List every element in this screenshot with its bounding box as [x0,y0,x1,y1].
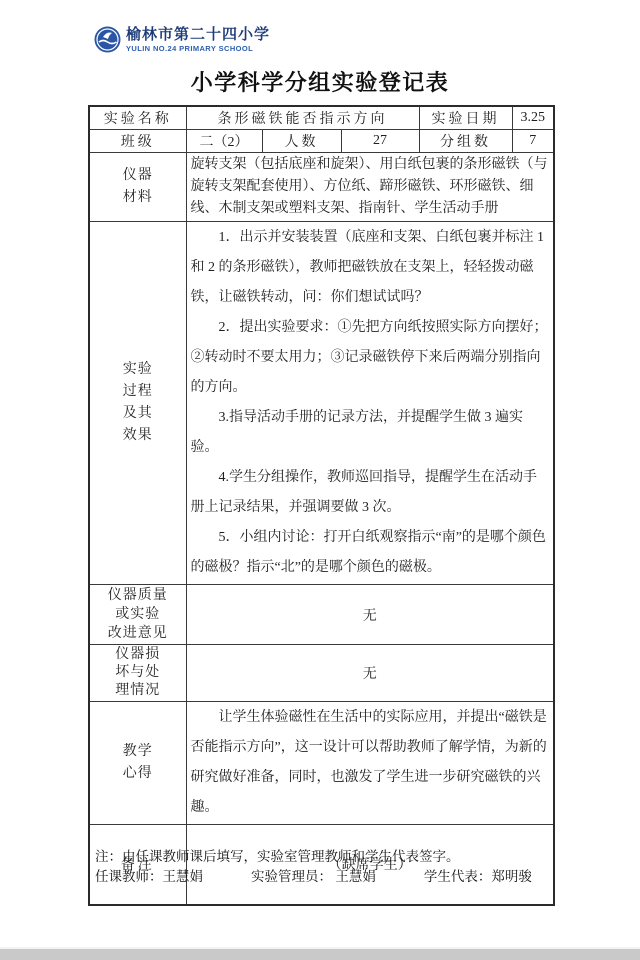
class-value: 二（2） [186,130,262,153]
process-step-3: 3.指导活动手册的记录方法，并提醒学生做 3 遍实验。 [191,403,550,463]
lab-manager-signature: 实验管理员： 王慧娟 [251,868,376,886]
row-experiment-name: 实验名称 条形磁铁能否指示方向 实验日期 3.25 [89,106,554,130]
school-name-english: YULIN NO.24 PRIMARY SCHOOL [126,45,270,53]
teacher-name: 王慧娟 [163,869,204,884]
signature-line: 任课教师：王慧娟 实验管理员： 王慧娟 学生代表：郑明骏 [95,868,532,886]
row-damage-handling: 仪器损 坏与处 理情况 无 [89,645,554,702]
process-step-1: 1．出示并安装装置（底座和支架、白纸包裹并标注 1 和 2 的条形磁铁），教师把… [191,223,550,313]
process-step-2: 2．提出实验要求：①先把方向纸按照实际方向摆好；②转动时不要太用力；③记录磁铁停… [191,313,550,403]
damage-handling-value: 无 [186,645,554,702]
school-logo-icon [94,26,121,53]
footer-note: 注：由任课教师课后填写，实验室管理教师和学生代表签字。 [95,848,532,866]
quality-suggestion-value: 无 [186,585,554,645]
manager-name: 王慧娟 [335,869,376,884]
experiment-date-label: 实验日期 [419,106,512,130]
document-page: 榆林市第二十四小学 YULIN NO.24 PRIMARY SCHOOL 小学科… [0,0,640,960]
process-value: 1．出示并安装装置（底座和支架、白纸包裹并标注 1 和 2 的条形磁铁），教师把… [186,222,554,585]
process-step-5: 5．小组内讨论：打开白纸观察指示“南”的是哪个颜色的磁极？指示“北”的是哪个颜色… [191,523,550,583]
school-name: 榆林市第二十四小学 [126,27,270,42]
quality-suggestion-label: 仪器质量 或实验 改进意见 [89,585,186,645]
experiment-registration-table: 实验名称 条形磁铁能否指示方向 实验日期 3.25 班级 二（2） 人数 27 … [88,105,555,906]
footer-notes: 注：由任课教师课后填写，实验室管理教师和学生代表签字。 任课教师：王慧娟 实验管… [95,848,532,886]
row-equipment: 仪器 材料 旋转支架（包括底座和旋架）、用白纸包裹的条形磁铁（与旋转支架配套使用… [89,153,554,222]
experiment-name-value: 条形磁铁能否指示方向 [186,106,419,130]
teaching-reflection-value: 让学生体验磁性在生活中的实际应用，并提出“磁铁是否能指示方向”，这一设计可以帮助… [186,702,554,825]
bottom-gray-strip [0,947,640,960]
student-count-label: 人数 [262,130,341,153]
page-title: 小学科学分组实验登记表 [0,66,640,97]
teaching-reflection-label: 教学 心得 [89,702,186,825]
damage-handling-label: 仪器损 坏与处 理情况 [89,645,186,702]
school-name-block: 榆林市第二十四小学 YULIN NO.24 PRIMARY SCHOOL [126,27,270,53]
student-representative-signature: 学生代表：郑明骏 [424,868,532,886]
row-class-info: 班级 二（2） 人数 27 分组数 7 [89,130,554,153]
experiment-name-label: 实验名称 [89,106,186,130]
student-count-value: 27 [341,130,419,153]
equipment-label: 仪器 材料 [89,153,186,222]
row-process: 实验 过程 及其 效果 1．出示并安装装置（底座和支架、白纸包裹并标注 1 和 … [89,222,554,585]
row-quality-suggestion: 仪器质量 或实验 改进意见 无 [89,585,554,645]
student-name: 郑明骏 [491,869,532,884]
school-logo-block: 榆林市第二十四小学 YULIN NO.24 PRIMARY SCHOOL [94,26,270,53]
teacher-signature: 任课教师：王慧娟 [95,868,203,886]
process-label: 实验 过程 及其 效果 [89,222,186,585]
group-count-label: 分组数 [419,130,512,153]
row-teaching-reflection: 教学 心得 让学生体验磁性在生活中的实际应用，并提出“磁铁是否能指示方向”，这一… [89,702,554,825]
experiment-date-value: 3.25 [512,106,554,130]
class-label: 班级 [89,130,186,153]
process-step-4: 4.学生分组操作，教师巡回指导，提醒学生在活动手册上记录结果，并强调要做 3 次… [191,463,550,523]
equipment-value: 旋转支架（包括底座和旋架）、用白纸包裹的条形磁铁（与旋转支架配套使用）、方位纸、… [186,153,554,222]
group-count-value: 7 [512,130,554,153]
